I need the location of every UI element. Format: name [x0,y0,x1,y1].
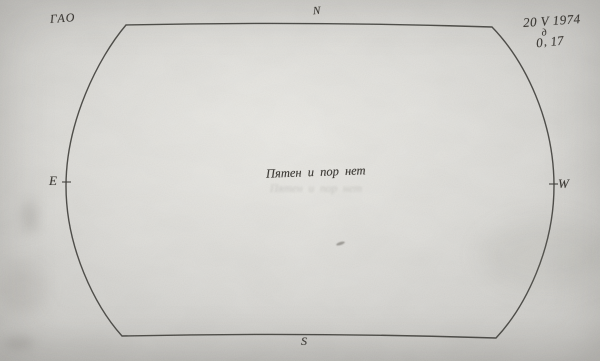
south-label: S [301,334,307,349]
epoch-fraction: 17 [550,33,564,49]
paper-stain [22,200,38,234]
ink-smudge-mark [336,241,345,247]
paper-stain [480,220,600,290]
epoch-superscript-stack: д, [542,32,551,47]
bleed-through-ghost-text: Пятен и пор нет [270,181,362,195]
date-label: 20 V 1974 [523,11,582,31]
observatory-label: ГАО [50,10,77,27]
east-label: E [49,173,57,189]
epoch-label: 0д,17 [535,31,564,52]
scanned-observation-sheet: ГАО N 20 V 1974 0д,17 E W Пятен и пор не… [0,0,600,361]
north-label: N [313,5,321,17]
west-label: W [558,176,569,192]
paper-stain [0,262,46,314]
no-spots-note: Пятен и пор нет [266,163,366,181]
paper-stain [4,336,34,350]
